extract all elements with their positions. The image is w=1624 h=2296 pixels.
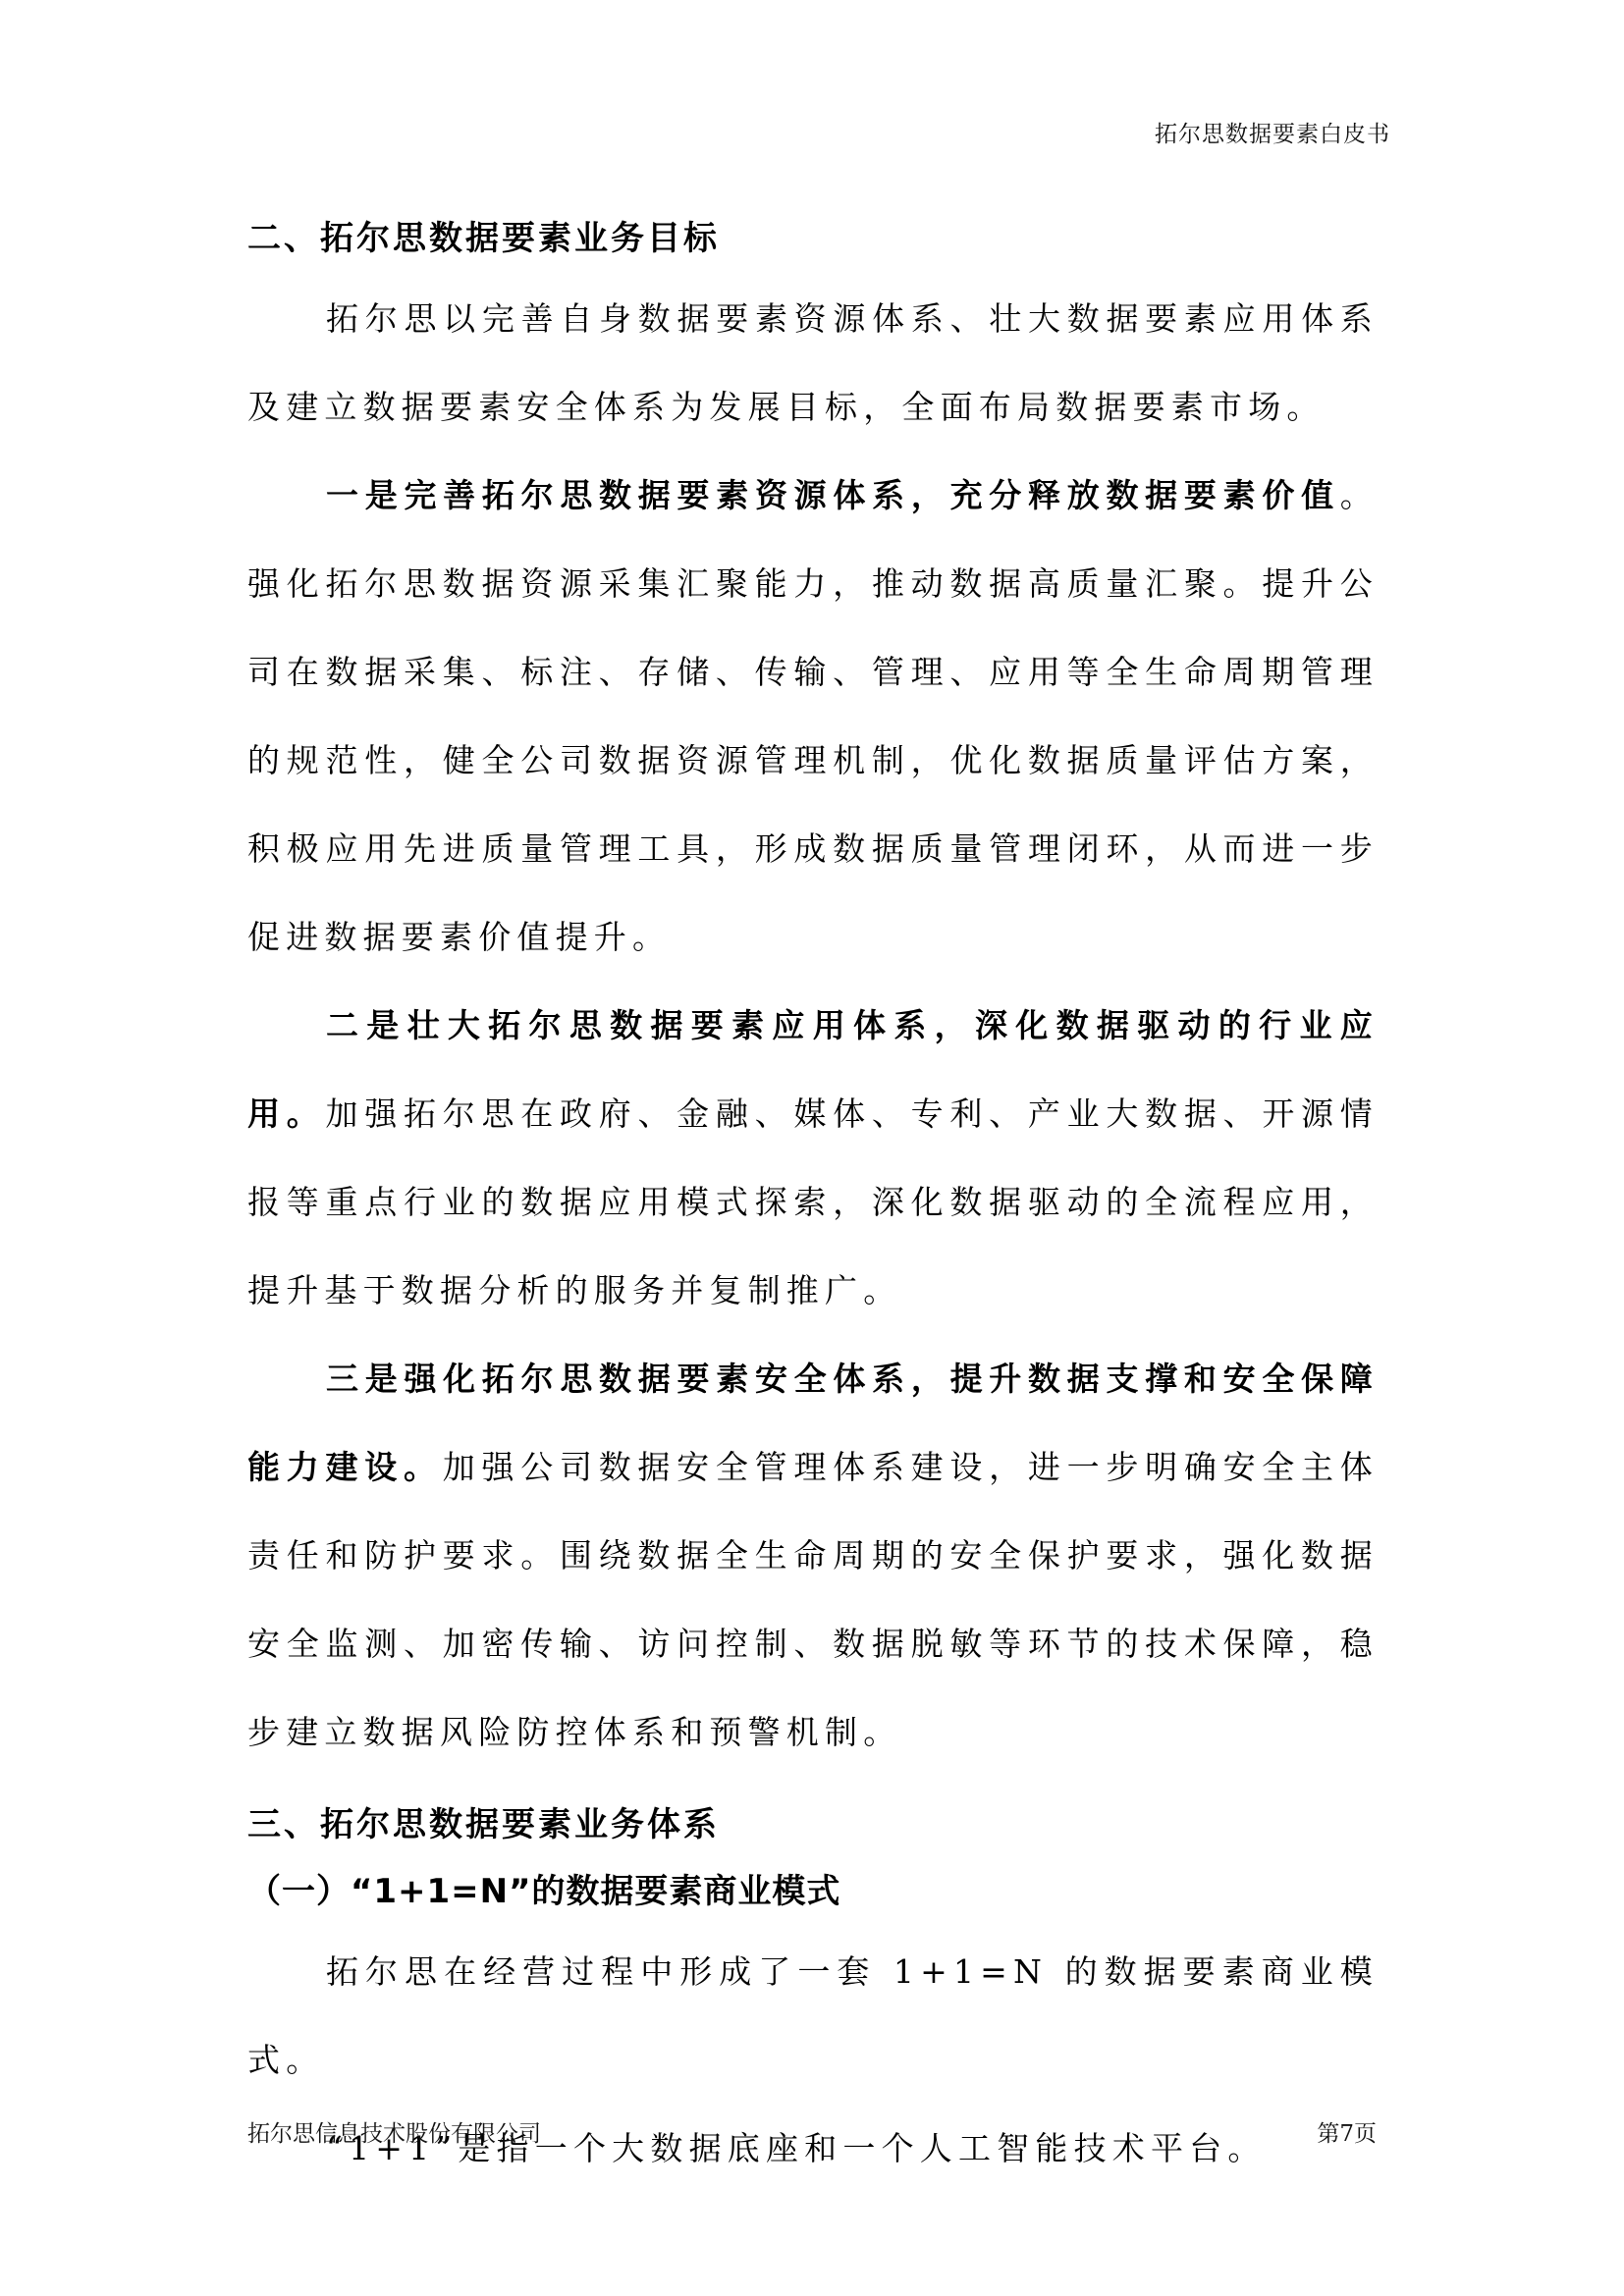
section-heading-business-system: 三、拓尔思数据要素业务体系 <box>247 1794 1379 1855</box>
goal-paragraph-application: 二是壮大拓尔思数据要素应用体系，深化数据驱动的行业应用。加强拓尔思在政府、金融、… <box>247 982 1379 1335</box>
section-intro-paragraph: 拓尔思以完善自身数据要素资源体系、壮大数据要素应用体系及建立数据要素安全体系为发… <box>247 275 1379 452</box>
document-body: 二、拓尔思数据要素业务目标 拓尔思以完善自身数据要素资源体系、壮大数据要素应用体… <box>247 208 1379 2193</box>
goal-paragraph-resource: 一是完善拓尔思数据要素资源体系，充分释放数据要素价值。强化拓尔思数据资源采集汇聚… <box>247 452 1379 982</box>
goal-body-application: 加强拓尔思在政府、金融、媒体、专利、产业大数据、开源情报等重点行业的数据应用模式… <box>247 1095 1379 1309</box>
section-heading-business-goals: 二、拓尔思数据要素业务目标 <box>247 208 1379 269</box>
goal-paragraph-security: 三是强化拓尔思数据要素安全体系，提升数据支撑和安全保障能力建设。加强公司数据安全… <box>247 1335 1379 1777</box>
page-footer: 拓尔思信息技术股份有限公司 第7页 <box>247 2115 1377 2148</box>
goal-lead-resource: 一是完善拓尔思数据要素资源体系，充分释放数据要素价值 <box>326 476 1340 514</box>
subsection-heading-business-model: （一）“1+1=N”的数据要素商业模式 <box>247 1861 1379 1922</box>
page-header-title: 拓尔思数据要素白皮书 <box>1155 116 1390 148</box>
goal-body-security: 加强公司数据安全管理体系建设，进一步明确安全主体责任和防护要求。围绕数据全生命周… <box>247 1448 1379 1751</box>
goal-body-resource: 。强化拓尔思数据资源采集汇聚能力，推动数据高质量汇聚。提升公司在数据采集、标注、… <box>247 476 1379 956</box>
business-model-paragraph: 拓尔思在经营过程中形成了一套 1+1=N 的数据要素商业模式。 <box>247 1928 1379 2105</box>
footer-page-number: 第7页 <box>1317 2115 1377 2148</box>
footer-company-name: 拓尔思信息技术股份有限公司 <box>247 2115 541 2148</box>
